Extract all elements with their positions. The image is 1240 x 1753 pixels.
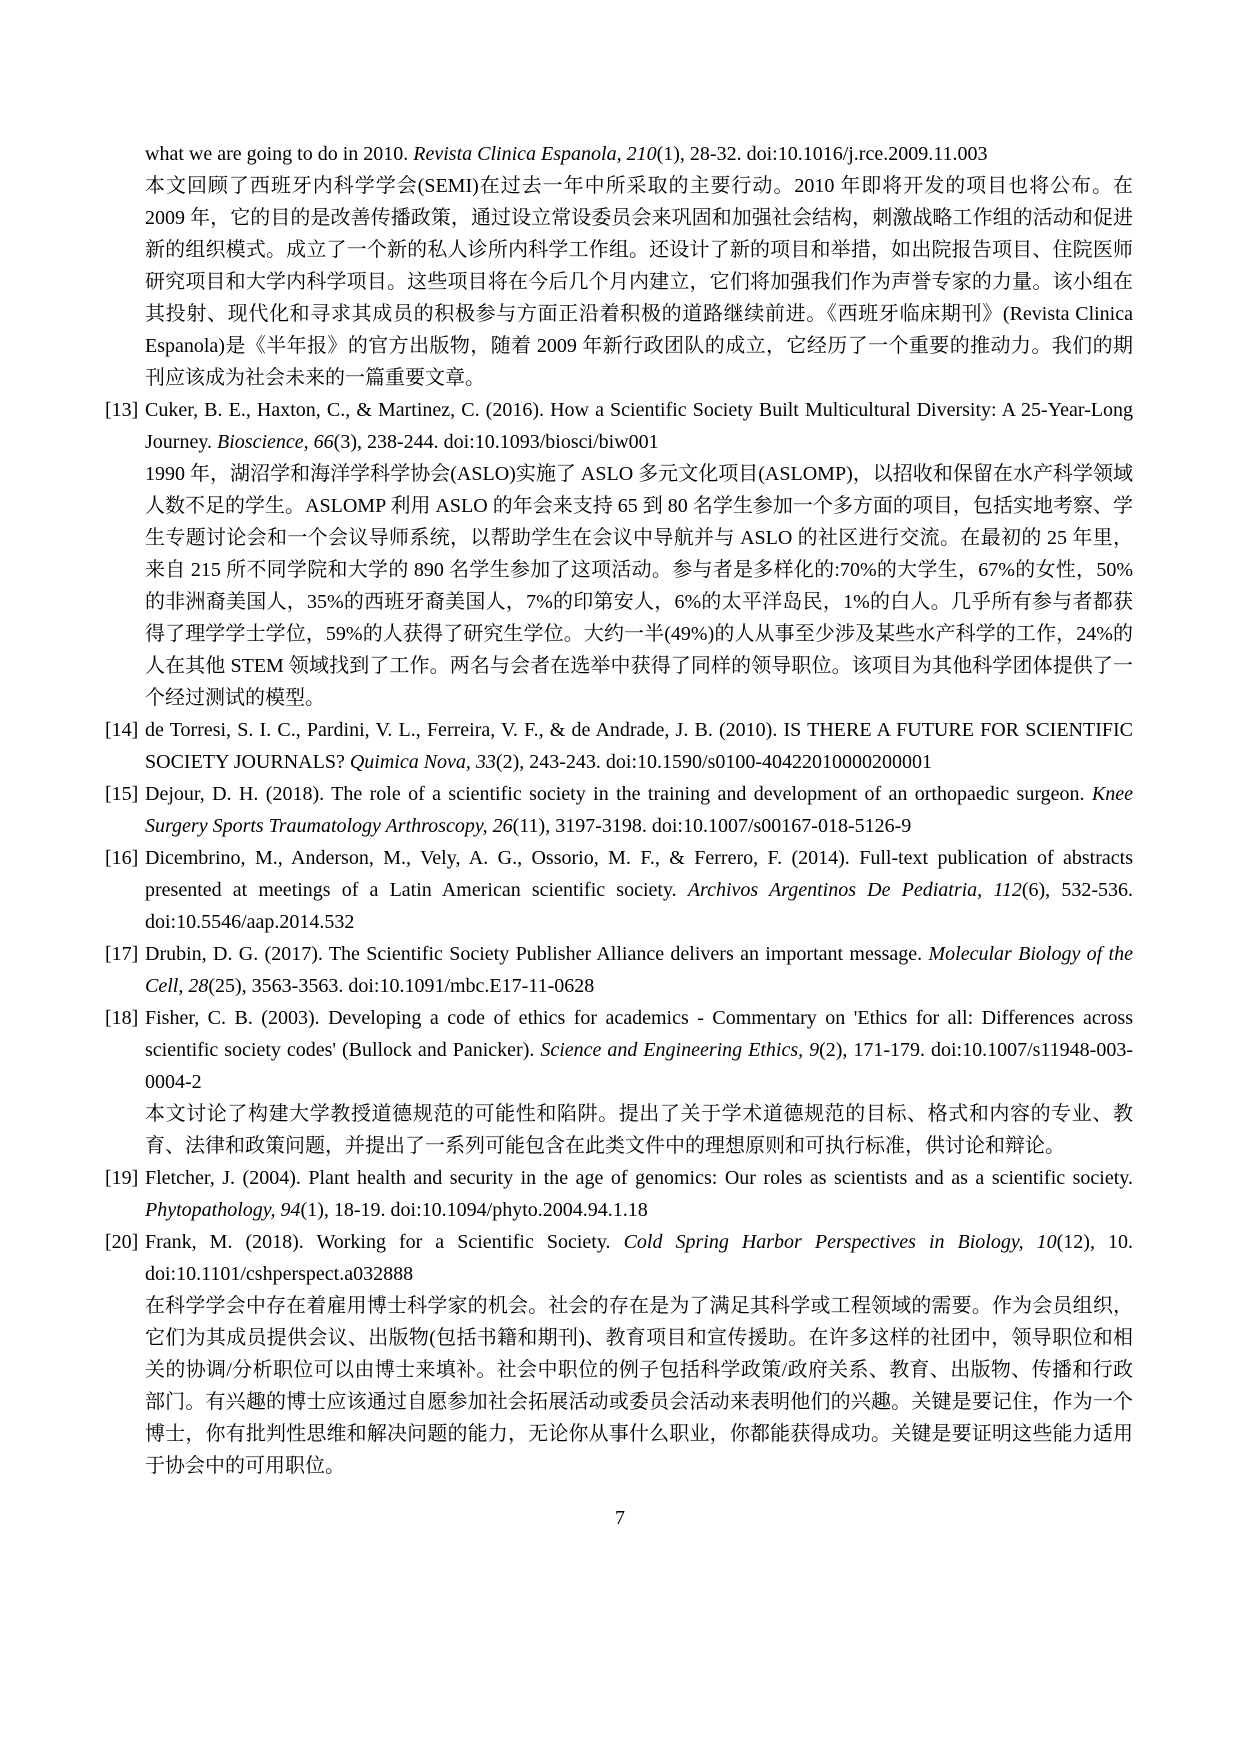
journal-name: Bioscience, 66 [217,431,334,453]
reference-list: what we are going to do in 2010. Revista… [105,138,1133,1482]
journal-name: Phytopathology, 94 [145,1199,301,1221]
citation-text: (1), 18-19. doi:10.1094/phyto.2004.94.1.… [301,1199,648,1221]
citation-text: (2), 243-243. doi:10.1590/s0100-40422010… [496,751,932,773]
reference-label: [16] [105,842,145,874]
reference-citation: what we are going to do in 2010. Revista… [145,138,1133,170]
reference-entry: [19]Fletcher, J. (2004). Plant health an… [105,1162,1133,1226]
citation-text: Drubin, D. G. (2017). The Scientific Soc… [145,943,928,965]
citation-text: (25), 3563-3563. doi:10.1091/mbc.E17-11-… [208,975,594,997]
citation-text: (11), 3197-3198. doi:10.1007/s00167-018-… [513,815,912,837]
reference-citation: [17]Drubin, D. G. (2017). The Scientific… [145,938,1133,1002]
reference-label: [14] [105,714,145,746]
reference-entry: [13]Cuker, B. E., Haxton, C., & Martinez… [105,394,1133,714]
citation-text: (3), 238-244. doi:10.1093/biosci/biw001 [334,431,659,453]
citation-text: (1), 28-32. doi:10.1016/j.rce.2009.11.00… [657,143,988,165]
citation-text: Dejour, D. H. (2018). The role of a scie… [145,783,1092,805]
citation-text: Fletcher, J. (2004). Plant health and se… [145,1167,1133,1189]
reference-entry: [18]Fisher, C. B. (2003). Developing a c… [105,1002,1133,1162]
reference-abstract: 本文回顾了西班牙内科学学会(SEMI)在过去一年中所采取的主要行动。2010 年… [145,170,1133,394]
reference-entry: [20]Frank, M. (2018). Working for a Scie… [105,1226,1133,1482]
reference-abstract: 本文讨论了构建大学教授道德规范的可能性和陷阱。提出了关于学术道德规范的目标、格式… [145,1098,1133,1162]
reference-abstract: 1990 年，湖沼学和海洋学科学协会(ASLO)实施了 ASLO 多元文化项目(… [145,458,1133,714]
reference-entry: [16]Dicembrino, M., Anderson, M., Vely, … [105,842,1133,938]
journal-name: Archivos Argentinos De Pediatria, 112 [688,879,1022,901]
reference-label: [20] [105,1226,145,1258]
reference-abstract: 在科学学会中存在着雇用博士科学家的机会。社会的存在是为了满足其科学或工程领域的需… [145,1290,1133,1482]
reference-entry: what we are going to do in 2010. Revista… [105,138,1133,394]
reference-label: [13] [105,394,145,426]
journal-name: Quimica Nova, 33 [350,751,496,773]
reference-citation: [13]Cuker, B. E., Haxton, C., & Martinez… [145,394,1133,458]
document-page: what we are going to do in 2010. Revista… [0,0,1240,1753]
citation-text: Frank, M. (2018). Working for a Scientif… [145,1231,624,1253]
reference-label: [18] [105,1002,145,1034]
journal-name: Cold Spring Harbor Perspectives in Biolo… [624,1231,1057,1253]
reference-citation: [16]Dicembrino, M., Anderson, M., Vely, … [145,842,1133,938]
reference-entry: [17]Drubin, D. G. (2017). The Scientific… [105,938,1133,1002]
reference-entry: [14]de Torresi, S. I. C., Pardini, V. L.… [105,714,1133,778]
journal-name: Science and Engineering Ethics, 9 [540,1039,819,1061]
reference-citation: [15]Dejour, D. H. (2018). The role of a … [145,778,1133,842]
reference-entry: [15]Dejour, D. H. (2018). The role of a … [105,778,1133,842]
reference-label: [17] [105,938,145,970]
reference-citation: [18]Fisher, C. B. (2003). Developing a c… [145,1002,1133,1098]
reference-citation: [20]Frank, M. (2018). Working for a Scie… [145,1226,1133,1290]
reference-citation: [19]Fletcher, J. (2004). Plant health an… [145,1162,1133,1226]
journal-name: Revista Clinica Espanola, 210 [413,143,656,165]
page-number: 7 [0,1502,1240,1534]
reference-label: [19] [105,1162,145,1194]
reference-label: [15] [105,778,145,810]
citation-text: what we are going to do in 2010. [145,143,413,165]
reference-citation: [14]de Torresi, S. I. C., Pardini, V. L.… [145,714,1133,778]
